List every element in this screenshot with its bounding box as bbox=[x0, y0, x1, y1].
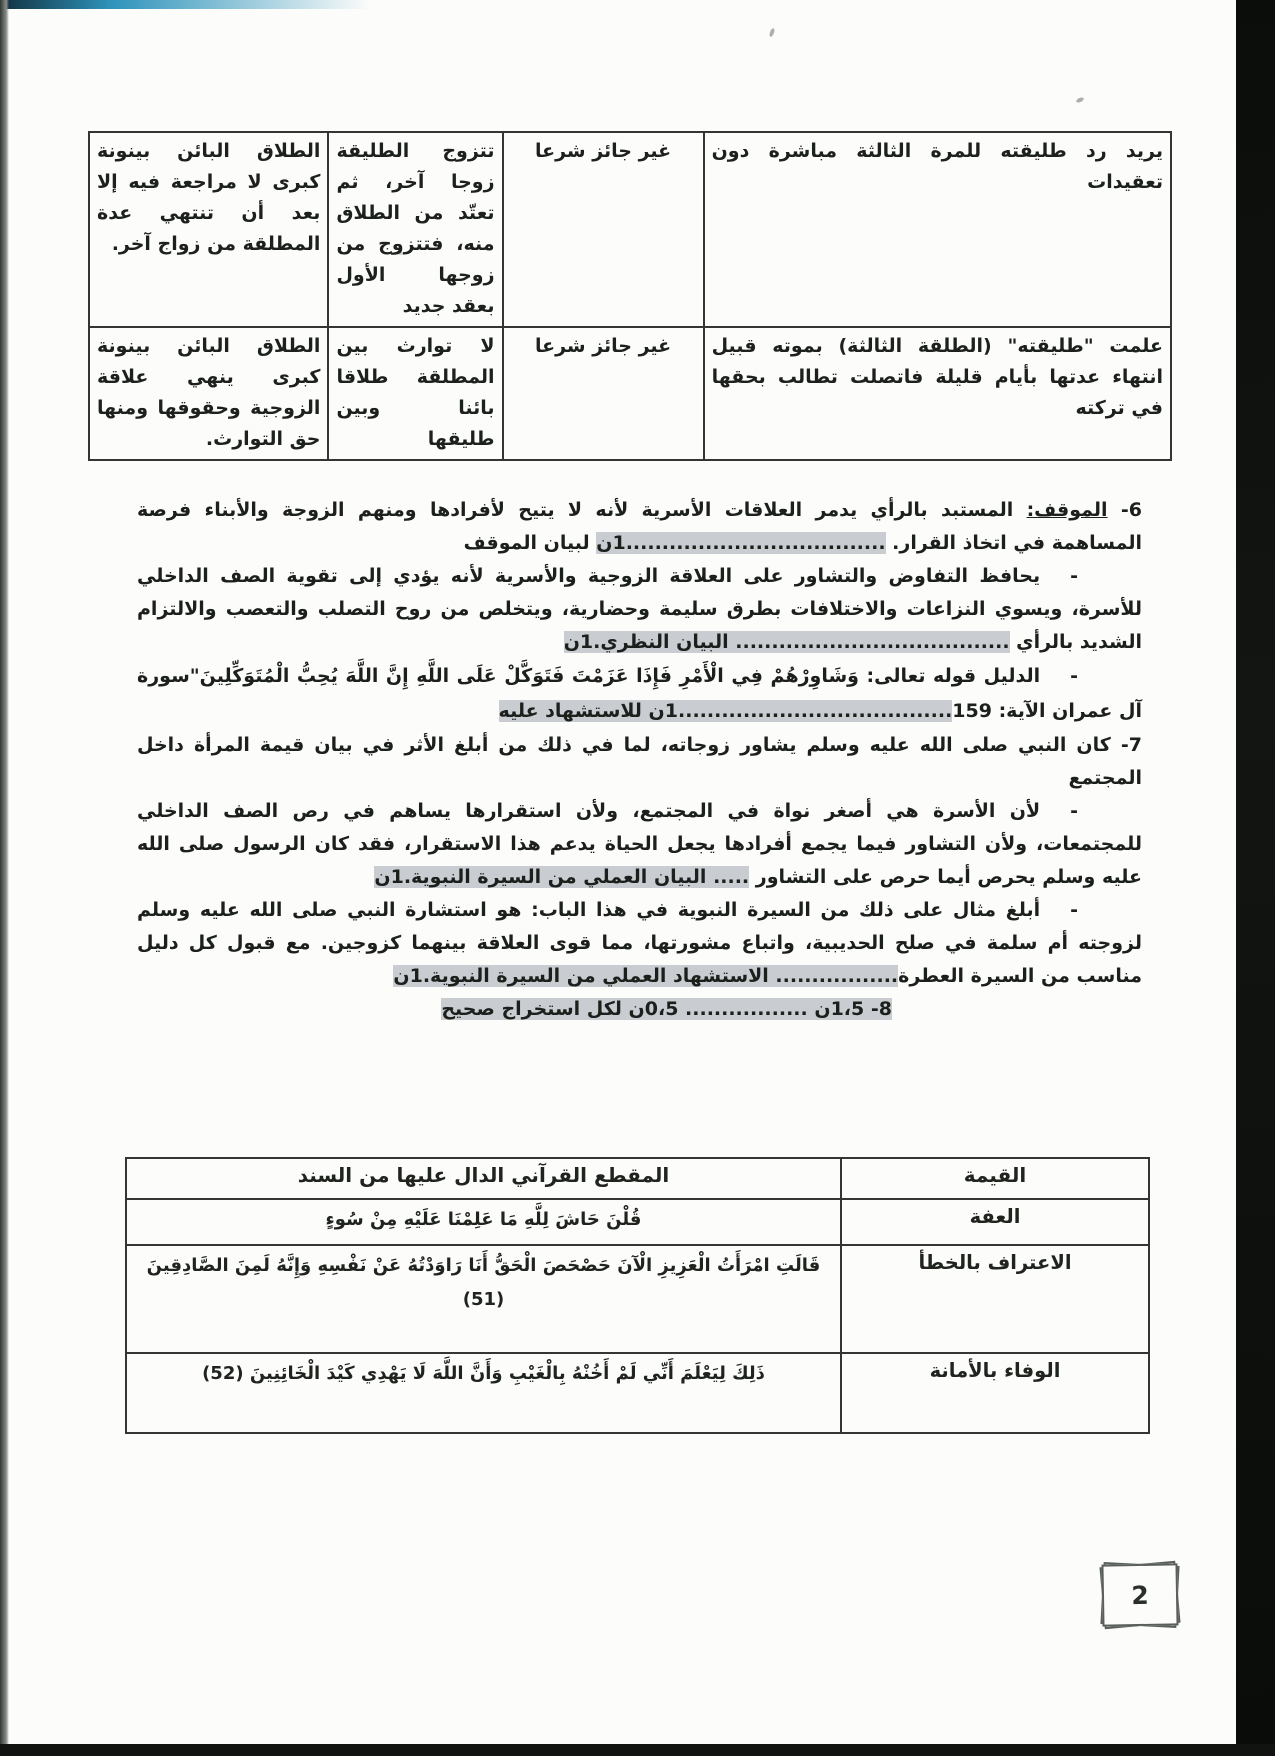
passage-cell: قُلْنَ حَاشَ لِلَّهِ مَا عَلِمْنَا عَلَي… bbox=[126, 1199, 841, 1245]
passage-header: المقطع القرآني الدال عليها من السند bbox=[126, 1158, 841, 1199]
item-number: 8- bbox=[864, 998, 892, 1020]
bullet-dash: - bbox=[1070, 795, 1078, 828]
table-row: الاعتراف بالخطأ قَالَتِ امْرَأَتُ الْعَز… bbox=[126, 1245, 1149, 1353]
table-row: علمت "طليقته" (الطلقة الثالثة) بموته قبي… bbox=[89, 327, 1171, 460]
scan-left-edge bbox=[0, 0, 9, 1756]
item-label: الموقف: bbox=[1027, 499, 1108, 521]
scan-speck bbox=[769, 28, 776, 38]
answers-section: 6- الموقف: المستبد بالرأي يدمر العلاقات … bbox=[137, 494, 1142, 1026]
how-cell: تتزوج الطليقة زوجا آخر، ثم تعتّد من الطل… bbox=[328, 132, 502, 327]
values-table: القيمة المقطع القرآني الدال عليها من الس… bbox=[125, 1157, 1150, 1434]
ruling-cell: غير جائز شرعا bbox=[503, 132, 704, 327]
ruling-cell: غير جائز شرعا bbox=[503, 327, 704, 460]
answer-bullet-negotiation: -يحافظ التفاوض والتشاور على العلاقة الزو… bbox=[137, 560, 1142, 659]
item-text: ن ................. bbox=[678, 998, 830, 1020]
value-cell: العفة bbox=[841, 1199, 1149, 1245]
verse-number: 159 bbox=[952, 700, 992, 722]
scan-speck bbox=[1076, 96, 1085, 103]
page-number: 2 bbox=[1101, 1563, 1178, 1626]
score-highlight: ......................................1ن… bbox=[499, 700, 953, 722]
table-row: العفة قُلْنَ حَاشَ لِلَّهِ مَا عَلِمْنَا… bbox=[126, 1199, 1149, 1245]
item-text: كان النبي صلى الله عليه وسلم يشاور زوجات… bbox=[137, 734, 1142, 789]
answer-bullet-family: -لأن الأسرة هي أصغر نواة في المجتمع، ولأ… bbox=[137, 795, 1142, 894]
value-cell: الاعتراف بالخطأ bbox=[841, 1245, 1149, 1353]
scan-top-edge bbox=[0, 0, 370, 9]
bullet-dash: - bbox=[1070, 659, 1078, 694]
value-header: القيمة bbox=[841, 1158, 1149, 1199]
item-text: لبيان الموقف bbox=[464, 532, 597, 554]
answer-item-6: 6- الموقف: المستبد بالرأي يدمر العلاقات … bbox=[137, 494, 1142, 560]
bullet-dash: - bbox=[1070, 894, 1078, 927]
passage-cell: ذَلِكَ لِيَعْلَمَ أَنِّي لَمْ أَخُنْهُ ب… bbox=[126, 1353, 841, 1433]
item-number: 7- bbox=[1111, 734, 1142, 756]
case-cell: يريد رد طليقته للمرة الثالثة مباشرة دون … bbox=[704, 132, 1171, 327]
scan-bottom-band bbox=[0, 1744, 1275, 1756]
how-cell: لا توارث بين المطلقة طلاقا بائنا وبين طل… bbox=[328, 327, 502, 460]
rulings-table: يريد رد طليقته للمرة الثالثة مباشرة دون … bbox=[88, 131, 1172, 461]
score-highlight: ................. الاستشهاد العملي من ال… bbox=[393, 965, 898, 987]
passage-cell: قَالَتِ امْرَأَتُ الْعَزِيزِ الْآنَ حَصْ… bbox=[126, 1245, 841, 1353]
score-value: 0،5 bbox=[645, 998, 679, 1020]
answer-bullet-evidence: -الدليل قوله تعالى: وَشَاوِرْهُمْ فِي ال… bbox=[137, 659, 1142, 729]
answer-item-8: 8- 1،5ن ................. 0،5ن لكل استخر… bbox=[137, 993, 1142, 1026]
page-number-box: 2 bbox=[1102, 1564, 1178, 1626]
score-highlight: ....................................1ن bbox=[596, 532, 885, 554]
table-row: الوفاء بالأمانة ذَلِكَ لِيَعْلَمَ أَنِّي… bbox=[126, 1353, 1149, 1433]
answer-item-7: 7- كان النبي صلى الله عليه وسلم يشاور زو… bbox=[137, 729, 1142, 795]
item-number: 6- bbox=[1108, 499, 1142, 521]
value-cell: الوفاء بالأمانة bbox=[841, 1353, 1149, 1433]
score-highlight: ..... البيان العملي من السيرة النبوية.1ن bbox=[374, 866, 749, 888]
table-header-row: القيمة المقطع القرآني الدال عليها من الس… bbox=[126, 1158, 1149, 1199]
scanned-exam-page: يريد رد طليقته للمرة الثالثة مباشرة دون … bbox=[0, 0, 1275, 1756]
scan-right-band bbox=[1236, 0, 1275, 1756]
score-highlight: ...................................... ا… bbox=[564, 631, 1010, 653]
answer-bullet-example: -أبلغ مثال على ذلك من السيرة النبوية في … bbox=[137, 894, 1142, 993]
bullet-dash: - bbox=[1070, 560, 1078, 593]
table-row: يريد رد طليقته للمرة الثالثة مباشرة دون … bbox=[89, 132, 1171, 327]
score-value: 1،5 bbox=[831, 998, 865, 1020]
case-cell: علمت "طليقته" (الطلقة الثالثة) بموته قبي… bbox=[704, 327, 1171, 460]
why-cell: الطلاق البائن بينونة كبرى لا مراجعة فيه … bbox=[89, 132, 328, 327]
item-text: ن لكل استخراج صحيح bbox=[441, 998, 644, 1020]
score-highlight: 8- 1،5ن ................. 0،5ن لكل استخر… bbox=[441, 998, 892, 1020]
why-cell: الطلاق البائن بينونة كبرى ينهي علاقة الز… bbox=[89, 327, 328, 460]
